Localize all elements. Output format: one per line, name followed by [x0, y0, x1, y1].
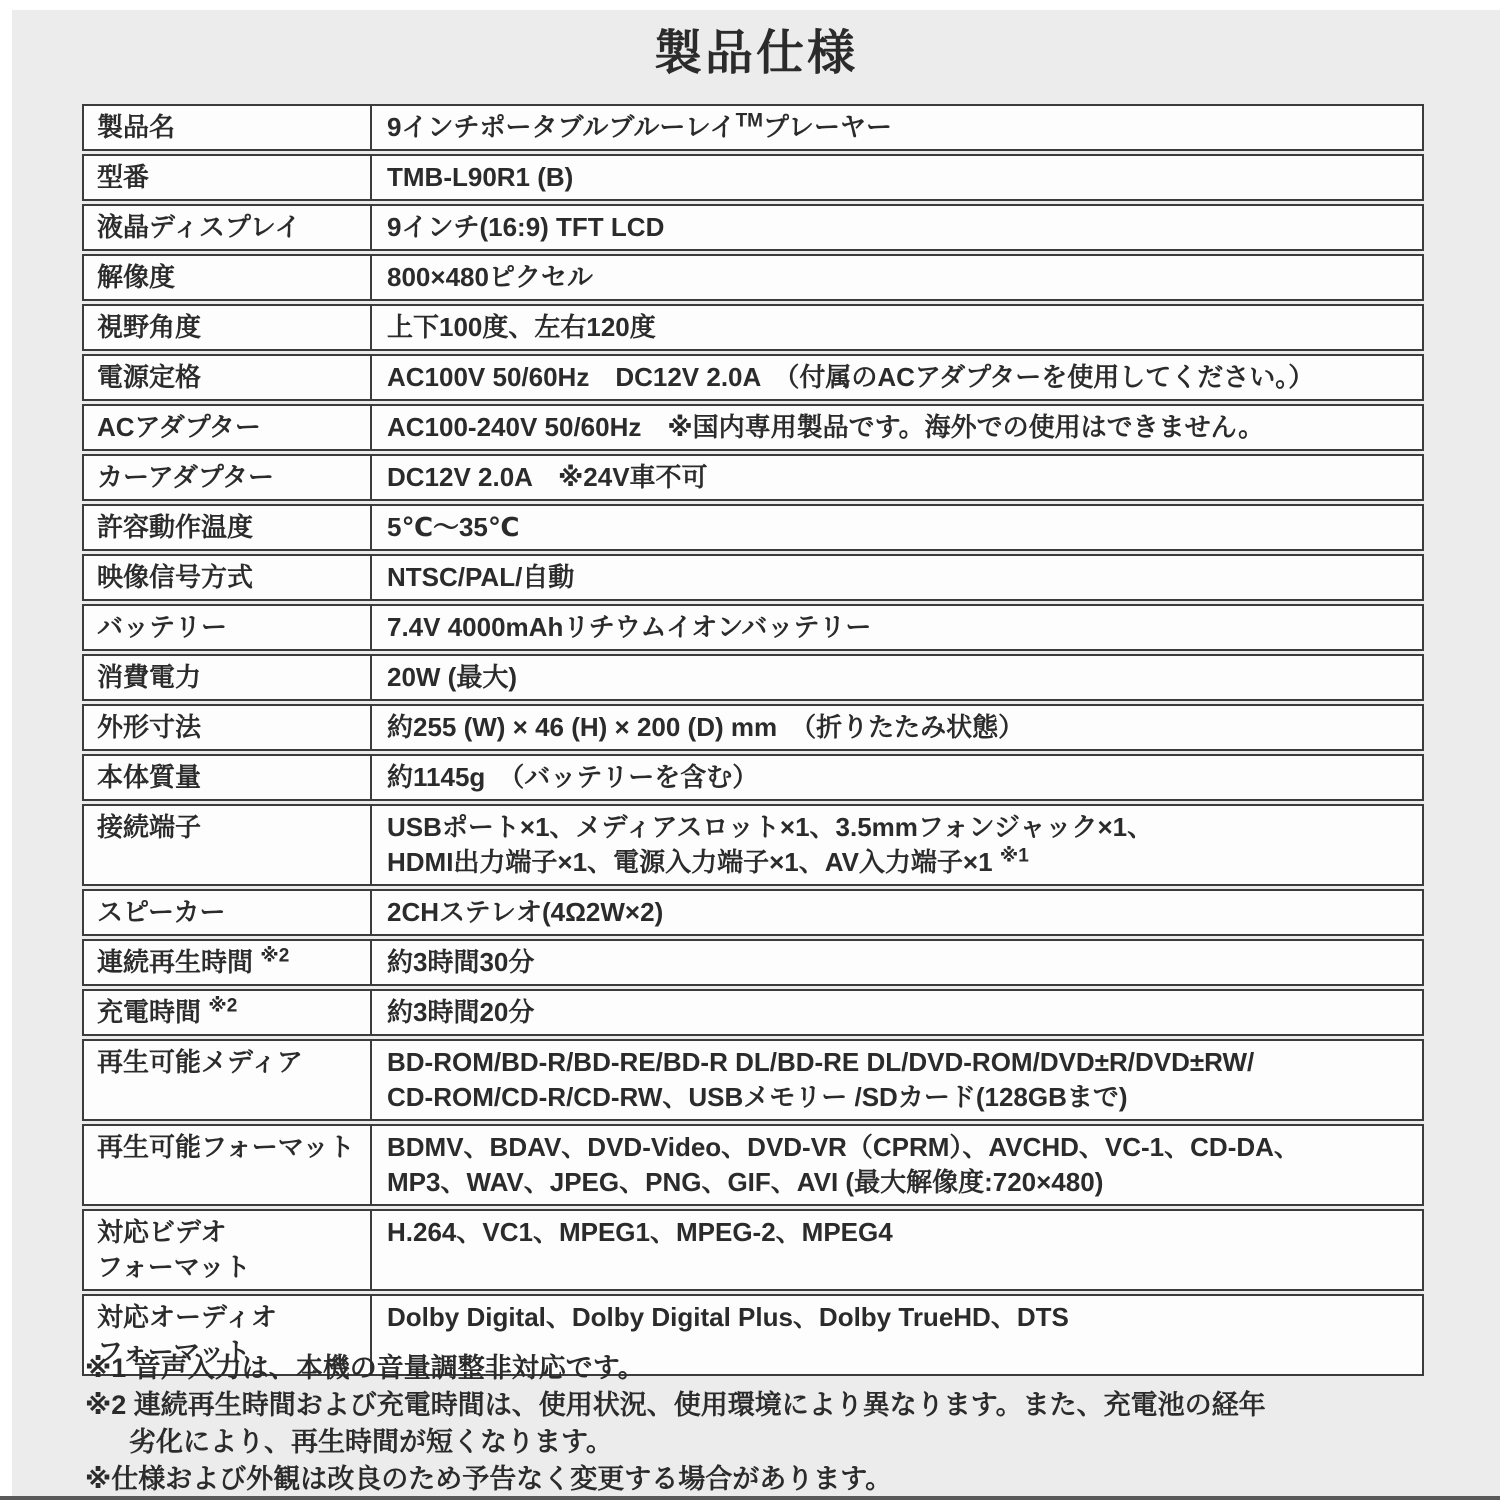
spec-value-cell: 約1145g （バッテリーを含む） — [372, 756, 1422, 799]
spec-row: 再生可能メディアBD-ROM/BD-R/BD-RE/BD-R DL/BD-RE … — [82, 1039, 1424, 1121]
spec-row: 許容動作温度5℃～35℃ — [82, 504, 1424, 551]
superscript-note: ※1 — [1000, 845, 1029, 866]
spec-label-cell: 視野角度 — [84, 306, 372, 349]
spec-value-cell: BDMV、BDAV、DVD-Video、DVD-VR（CPRM）、AVCHD、V… — [372, 1126, 1422, 1204]
spec-label-cell: 液晶ディスプレイ — [84, 206, 372, 249]
spec-row: 視野角度上下100度、左右120度 — [82, 304, 1424, 351]
spec-value-line: 上下100度、左右120度 — [387, 310, 1412, 345]
spec-row: 外形寸法約255 (W) × 46 (H) × 200 (D) mm （折りたた… — [82, 704, 1424, 751]
spec-value-line: CD-ROM/CD-R/CD-RW、USBメモリー /SDカード(128GBまで… — [387, 1080, 1412, 1115]
spec-value-cell: 約3時間30分 — [372, 941, 1422, 984]
footnote-line: ※2 連続再生時間および充電時間は、使用状況、使用環境により異なります。また、充… — [85, 1387, 1480, 1424]
spec-sheet: 製品仕様 製品名9インチポータブルブルーレイTMプレーヤー型番TMB-L90R1… — [12, 10, 1500, 1496]
spec-value-cell: 800×480ピクセル — [372, 256, 1422, 299]
spec-label: 解像度 — [97, 260, 360, 295]
spec-value-cell: 5℃～35℃ — [372, 506, 1422, 549]
spec-value-cell: 9インチポータブルブルーレイTMプレーヤー — [372, 106, 1422, 149]
spec-row: 接続端子USBポート×1、メディアスロット×1、3.5mmフォンジャック×1、H… — [82, 804, 1424, 886]
spec-value-line: BD-ROM/BD-R/BD-RE/BD-R DL/BD-RE DL/DVD-R… — [387, 1045, 1412, 1080]
spec-row: 消費電力20W (最大) — [82, 654, 1424, 701]
spec-row: バッテリー7.4V 4000mAhリチウムイオンバッテリー — [82, 604, 1424, 651]
spec-label-cell: 外形寸法 — [84, 706, 372, 749]
superscript-note: ※2 — [260, 945, 289, 966]
spec-label-cell: 許容動作温度 — [84, 506, 372, 549]
spec-value-line: 約1145g （バッテリーを含む） — [387, 760, 1412, 795]
footnote-line: ※1 音声入力は、本機の音量調整非対応です。 — [85, 1350, 1480, 1387]
spec-label-cell: 再生可能メディア — [84, 1041, 372, 1119]
spec-value-line: AC100V 50/60Hz DC12V 2.0A （付属のACアダプターを使用… — [387, 360, 1412, 395]
spec-label: バッテリー — [97, 610, 360, 645]
spec-label: 連続再生時間 ※2 — [97, 945, 360, 980]
spec-value-line: 約255 (W) × 46 (H) × 200 (D) mm （折りたたみ状態） — [387, 710, 1412, 745]
spec-row: カーアダプターDC12V 2.0A ※24V車不可 — [82, 454, 1424, 501]
spec-value-line: AC100-240V 50/60Hz ※国内専用製品です。海外での使用はできませ… — [387, 410, 1412, 445]
spec-value-cell: USBポート×1、メディアスロット×1、3.5mmフォンジャック×1、HDMI出… — [372, 806, 1422, 884]
spec-value-cell: AC100-240V 50/60Hz ※国内専用製品です。海外での使用はできませ… — [372, 406, 1422, 449]
spec-label: 型番 — [97, 160, 360, 195]
footnote-line: 劣化により、再生時間が短くなります。 — [85, 1424, 1480, 1461]
spec-value-line: 約3時間20分 — [387, 995, 1412, 1030]
spec-value-cell: TMB-L90R1 (B) — [372, 156, 1422, 199]
spec-label: 映像信号方式 — [97, 560, 360, 595]
spec-row: 電源定格AC100V 50/60Hz DC12V 2.0A （付属のACアダプタ… — [82, 354, 1424, 401]
spec-label-cell: 本体質量 — [84, 756, 372, 799]
spec-row: 型番TMB-L90R1 (B) — [82, 154, 1424, 201]
spec-value-line: 20W (最大) — [387, 660, 1412, 695]
footnotes: ※1 音声入力は、本機の音量調整非対応です。※2 連続再生時間および充電時間は、… — [85, 1350, 1480, 1498]
spec-label: 再生可能メディア — [97, 1045, 360, 1080]
spec-label-cell: バッテリー — [84, 606, 372, 649]
spec-label-cell: 電源定格 — [84, 356, 372, 399]
spec-row: 映像信号方式NTSC/PAL/自動 — [82, 554, 1424, 601]
spec-label: 本体質量 — [97, 760, 360, 795]
spec-label: 製品名 — [97, 110, 360, 145]
spec-value-line: Dolby Digital、Dolby Digital Plus、Dolby T… — [387, 1300, 1412, 1335]
spec-label: 外形寸法 — [97, 710, 360, 745]
spec-label-cell: 消費電力 — [84, 656, 372, 699]
spec-value-cell: NTSC/PAL/自動 — [372, 556, 1422, 599]
spec-label-cell: 充電時間 ※2 — [84, 991, 372, 1034]
spec-label-cell: 解像度 — [84, 256, 372, 299]
spec-value-line: USBポート×1、メディアスロット×1、3.5mmフォンジャック×1、 — [387, 810, 1412, 845]
spec-label-cell: 製品名 — [84, 106, 372, 149]
spec-value-cell: 9インチ(16:9) TFT LCD — [372, 206, 1422, 249]
spec-row: 充電時間 ※2約3時間20分 — [82, 989, 1424, 1036]
superscript-note: TM — [736, 110, 763, 131]
spec-value-cell: 20W (最大) — [372, 656, 1422, 699]
spec-value-line: DC12V 2.0A ※24V車不可 — [387, 460, 1412, 495]
spec-value-cell: 2CHステレオ(4Ω2W×2) — [372, 891, 1422, 934]
spec-value-cell: 上下100度、左右120度 — [372, 306, 1422, 349]
spec-value-line: BDMV、BDAV、DVD-Video、DVD-VR（CPRM）、AVCHD、V… — [387, 1130, 1412, 1165]
spec-value-line: 9インチ(16:9) TFT LCD — [387, 210, 1412, 245]
spec-value-cell: AC100V 50/60Hz DC12V 2.0A （付属のACアダプターを使用… — [372, 356, 1422, 399]
spec-label-cell: 対応ビデオフォーマット — [84, 1211, 372, 1289]
spec-value-line: 7.4V 4000mAhリチウムイオンバッテリー — [387, 610, 1412, 645]
spec-label: 対応オーディオ — [97, 1300, 360, 1335]
spec-value-line: 2CHステレオ(4Ω2W×2) — [387, 895, 1412, 930]
spec-value-cell: 約3時間20分 — [372, 991, 1422, 1034]
spec-row: 連続再生時間 ※2約3時間30分 — [82, 939, 1424, 986]
spec-row: 対応ビデオフォーマットH.264、VC1、MPEG1、MPEG-2、MPEG4 — [82, 1209, 1424, 1291]
spec-value-line: HDMI出力端子×1、電源入力端子×1、AV入力端子×1 ※1 — [387, 845, 1412, 880]
spec-label-cell: 再生可能フォーマット — [84, 1126, 372, 1204]
spec-value-cell: BD-ROM/BD-R/BD-RE/BD-R DL/BD-RE DL/DVD-R… — [372, 1041, 1422, 1119]
spec-value-cell: H.264、VC1、MPEG1、MPEG-2、MPEG4 — [372, 1211, 1422, 1289]
spec-row: スピーカー2CHステレオ(4Ω2W×2) — [82, 889, 1424, 936]
spec-value-cell: DC12V 2.0A ※24V車不可 — [372, 456, 1422, 499]
spec-row: 液晶ディスプレイ9インチ(16:9) TFT LCD — [82, 204, 1424, 251]
spec-label: 許容動作温度 — [97, 510, 360, 545]
spec-label-cell: 映像信号方式 — [84, 556, 372, 599]
spec-label: 消費電力 — [97, 660, 360, 695]
spec-table: 製品名9インチポータブルブルーレイTMプレーヤー型番TMB-L90R1 (B)液… — [82, 104, 1424, 1379]
spec-label: 再生可能フォーマット — [97, 1130, 360, 1165]
spec-label: フォーマット — [97, 1250, 360, 1285]
spec-label: 接続端子 — [97, 810, 360, 845]
spec-value-cell: 7.4V 4000mAhリチウムイオンバッテリー — [372, 606, 1422, 649]
spec-value-line: H.264、VC1、MPEG1、MPEG-2、MPEG4 — [387, 1215, 1412, 1250]
spec-row: 本体質量約1145g （バッテリーを含む） — [82, 754, 1424, 801]
spec-row: ACアダプターAC100-240V 50/60Hz ※国内専用製品です。海外での… — [82, 404, 1424, 451]
spec-label-cell: 接続端子 — [84, 806, 372, 884]
spec-value-cell: 約255 (W) × 46 (H) × 200 (D) mm （折りたたみ状態） — [372, 706, 1422, 749]
spec-label: 充電時間 ※2 — [97, 995, 360, 1030]
page-title: 製品仕様 — [12, 10, 1500, 84]
spec-label: 対応ビデオ — [97, 1215, 360, 1250]
spec-value-line: MP3、WAV、JPEG、PNG、GIF、AVI (最大解像度:720×480) — [387, 1165, 1412, 1200]
spec-value-line: 5℃～35℃ — [387, 510, 1412, 545]
spec-label-cell: 連続再生時間 ※2 — [84, 941, 372, 984]
spec-value-line: TMB-L90R1 (B) — [387, 160, 1412, 195]
spec-value-line: 800×480ピクセル — [387, 260, 1412, 295]
footnote-line: ※仕様および外観は改良のため予告なく変更する場合があります。 — [85, 1461, 1480, 1498]
spec-label: ACアダプター — [97, 410, 360, 445]
spec-row: 再生可能フォーマットBDMV、BDAV、DVD-Video、DVD-VR（CPR… — [82, 1124, 1424, 1206]
spec-label: カーアダプター — [97, 460, 360, 495]
spec-row: 製品名9インチポータブルブルーレイTMプレーヤー — [82, 104, 1424, 151]
spec-label: 液晶ディスプレイ — [97, 210, 360, 245]
spec-label-cell: スピーカー — [84, 891, 372, 934]
spec-label-cell: ACアダプター — [84, 406, 372, 449]
page: 製品仕様 製品名9インチポータブルブルーレイTMプレーヤー型番TMB-L90R1… — [0, 0, 1500, 1500]
spec-value-line: 9インチポータブルブルーレイTMプレーヤー — [387, 110, 1412, 145]
spec-row: 解像度800×480ピクセル — [82, 254, 1424, 301]
spec-label: 視野角度 — [97, 310, 360, 345]
superscript-note: ※2 — [208, 995, 237, 1016]
spec-label-cell: カーアダプター — [84, 456, 372, 499]
bottom-edge-strip — [0, 1496, 1500, 1500]
spec-label-cell: 型番 — [84, 156, 372, 199]
spec-label: スピーカー — [97, 895, 360, 930]
spec-label: 電源定格 — [97, 360, 360, 395]
spec-value-line: NTSC/PAL/自動 — [387, 560, 1412, 595]
spec-value-line: 約3時間30分 — [387, 945, 1412, 980]
